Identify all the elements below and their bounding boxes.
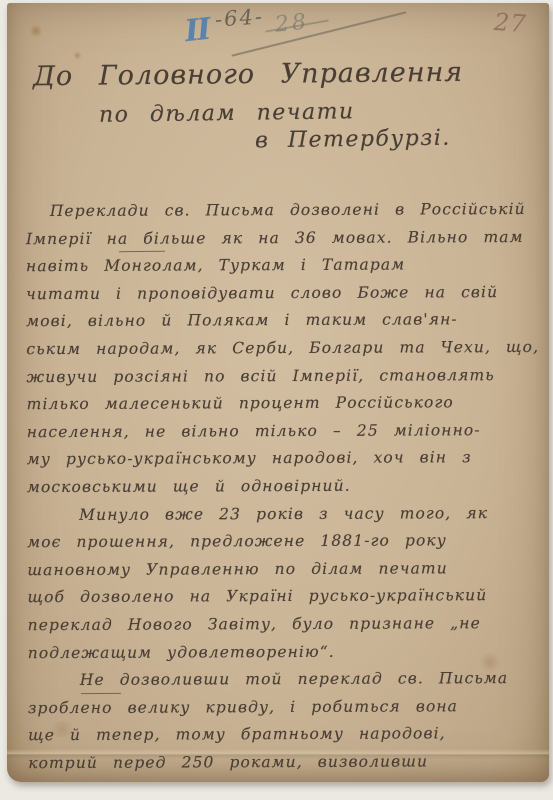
letter-heading-line-2: по дѣлам печати (99, 99, 355, 128)
scan-background: II -64- 28 27 До Головного Управлення по… (0, 0, 553, 800)
manuscript-line: тілько малесенький процент Россійського (27, 389, 549, 419)
manuscript-line: котрий перед 250 роками, визволивши (28, 748, 550, 778)
manuscript-line: зроблено велику кривду, і робиться вона (28, 693, 550, 723)
manuscript-line: подлежащим удовлетворенію“. (28, 637, 550, 667)
manuscript-line: Минуло вже 23 років з часу того, як (27, 499, 549, 529)
manuscript-line: населення, не вільно тілько – 25 міліонн… (27, 417, 549, 447)
letter-heading-line-1: До Головного Управлення (33, 57, 464, 93)
manuscript-line: навіть Монголам, Туркам і Татарам (26, 251, 548, 281)
stain-spot (73, 51, 82, 60)
manuscript-line: му русько-українському народові, хоч він… (27, 444, 549, 474)
page-number-mark: 27 (493, 8, 527, 38)
manuscript-line: Не дозволивши той переклад св. Письма (28, 665, 550, 695)
paper: II -64- 28 27 До Головного Управлення по… (7, 3, 549, 782)
letter-heading-line-3: в Петербурзі. (255, 126, 451, 154)
roman-numeral-mark: II (183, 12, 211, 49)
manuscript-line: мові, вільно й Полякам і таким слав'ян- (26, 306, 548, 336)
manuscript-line: щоб дозволено на Україні русько-українсь… (27, 582, 549, 612)
manuscript-line: Переклади св. Письма дозволені в Россійс… (26, 196, 548, 226)
manuscript-line: ським народам, як Серби, Болгари та Чехи… (26, 334, 548, 364)
manuscript-line: моє прошення, предложене 1881-го року (27, 527, 549, 557)
manuscript-line: переклад Нового Завіту, було признане „н… (28, 610, 550, 640)
manuscript-line: живучи розсіяні по всій Імперії, становл… (26, 361, 548, 391)
manuscript-line: читати і проповідувати слово Боже на сві… (26, 279, 548, 309)
letter-body: Переклади св. Письма дозволені в Россійс… (26, 196, 551, 778)
manuscript-line: московськими ще й одновірний. (27, 472, 549, 502)
manuscript-line: Імперії на більше як на 36 мовах. Вільно… (26, 223, 548, 253)
stain-spot (29, 25, 43, 37)
manuscript-line: ще й тепер, тому братньому народові, (28, 720, 550, 750)
manuscript-line: шановному Управленню по ділам печати (27, 555, 549, 585)
pencil-number-mark: -64- (214, 4, 264, 31)
